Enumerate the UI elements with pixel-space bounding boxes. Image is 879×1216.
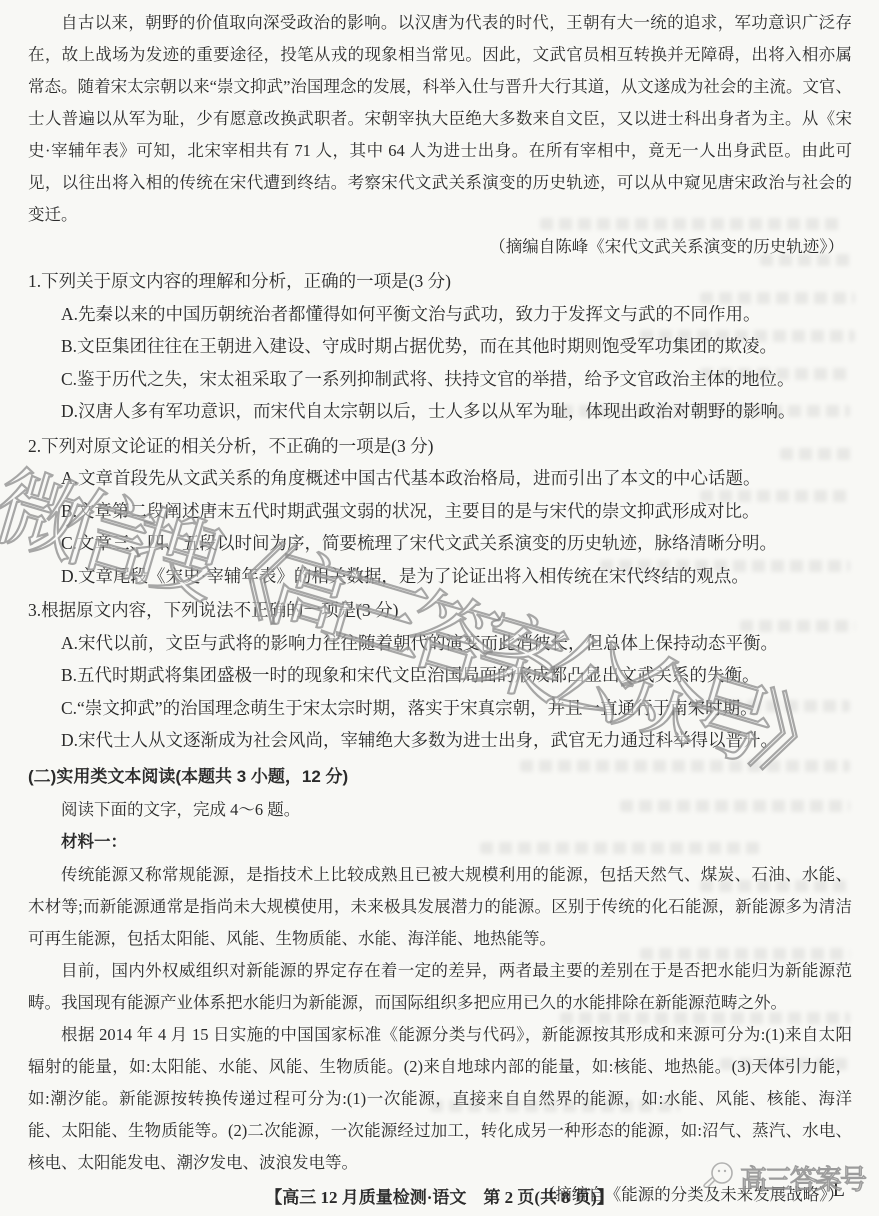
question-1-option-a: A.先秦以来的中国历朝统治者都懂得如何平衡文治与武功，致力于发挥文与武的不同作用… [61,298,852,331]
question-2-option-d: D.文章尾段《宋史·宰辅年表》的相关数据，是为了论证出将入相传统在宋代终结的观点… [61,560,852,593]
question-3-stem: 3.根据原文内容，下列说法不正确的一项是(3 分) [28,594,852,627]
question-3: 3.根据原文内容，下列说法不正确的一项是(3 分) A.宋代以前，文臣与武将的影… [28,594,852,757]
section-heading: (二)实用类文本阅读(本题共 3 小题，12 分) [28,760,852,793]
question-2-stem: 2.下列对原文论证的相关分析，不正确的一项是(3 分) [28,430,852,463]
page-footer: 【高三 12 月质量检测·语文 第 2 页(共 8 页)】 [0,1186,879,1210]
material-paragraph-1: 传统能源又称常规能源，是指技术上比较成熟且已被大规模利用的能源，包括天然气、煤炭… [28,859,852,955]
question-2-option-b: B.文章第二段阐述唐末五代时期武强文弱的状况，主要目的是与宋代的崇文抑武形成对比… [61,495,852,528]
attribution-passage-1: （摘编自陈峰《宋代文武关系演变的历史轨迹》） [28,231,852,263]
question-1-option-b: B.文臣集团往往在王朝进入建设、守成时期占据优势，而在其他时期则饱受军功集团的欺… [61,330,852,363]
question-1: 1.下列关于原文内容的理解和分析，正确的一项是(3 分) A.先秦以来的中国历朝… [28,265,852,428]
exam-paper-page: 自古以来，朝野的价值取向深受政治的影响。以汉唐为代表的时代，王朝有大一统的追求，… [0,0,879,1216]
page-content: 自古以来，朝野的价值取向深受政治的影响。以汉唐为代表的时代，王朝有大一统的追求，… [0,0,879,1211]
material-paragraph-2: 目前，国内外权威组织对新能源的界定存在着一定的差异，两者最主要的差别在于是否把水… [28,955,852,1019]
page-code: L [833,1179,845,1202]
question-3-option-a: A.宋代以前，文臣与武将的影响力往往随着朝代的演变而此消彼长，但总体上保持动态平… [61,627,852,660]
question-1-option-c: C.鉴于历代之失，宋太祖采取了一系列抑制武将、扶持文官的举措，给予文官政治主体的… [61,363,852,396]
question-2-option-c: C.文章三、四、五段以时间为序，简要梳理了宋代文武关系演变的历史轨迹，脉络清晰分… [61,527,852,560]
intro-paragraph: 自古以来，朝野的价值取向深受政治的影响。以汉唐为代表的时代，王朝有大一统的追求，… [28,7,852,231]
question-1-stem: 1.下列关于原文内容的理解和分析，正确的一项是(3 分) [28,265,852,298]
question-3-option-d: D.宋代士人从文逐渐成为社会风尚，宰辅绝大多数为进士出身，武官无力通过科举得以晋… [61,724,852,757]
question-2: 2.下列对原文论证的相关分析，不正确的一项是(3 分) A.文章首段先从文武关系… [28,430,852,593]
question-2-option-a: A.文章首段先从文武关系的角度概述中国古代基本政治格局，进而引出了本文的中心话题… [61,462,852,495]
reading-instruction: 阅读下面的文字，完成 4～6 题。 [28,793,852,826]
material-label: 材料一： [28,826,852,859]
question-3-option-c: C.“崇文抑武”的治国理念萌生于宋太宗时期，落实于宋真宗朝，并且一直通行于南宋时… [61,692,852,725]
question-1-option-d: D.汉唐人多有军功意识，而宋代自太宗朝以后，士人多以从军为耻，体现出政治对朝野的… [61,395,852,428]
material-paragraph-3: 根据 2014 年 4 月 15 日实施的中国国家标准《能源分类与代码》，新能源… [28,1019,852,1179]
question-3-option-b: B.五代时期武将集团盛极一时的现象和宋代文臣治国局面的形成都凸显出文武关系的失衡… [61,659,852,692]
